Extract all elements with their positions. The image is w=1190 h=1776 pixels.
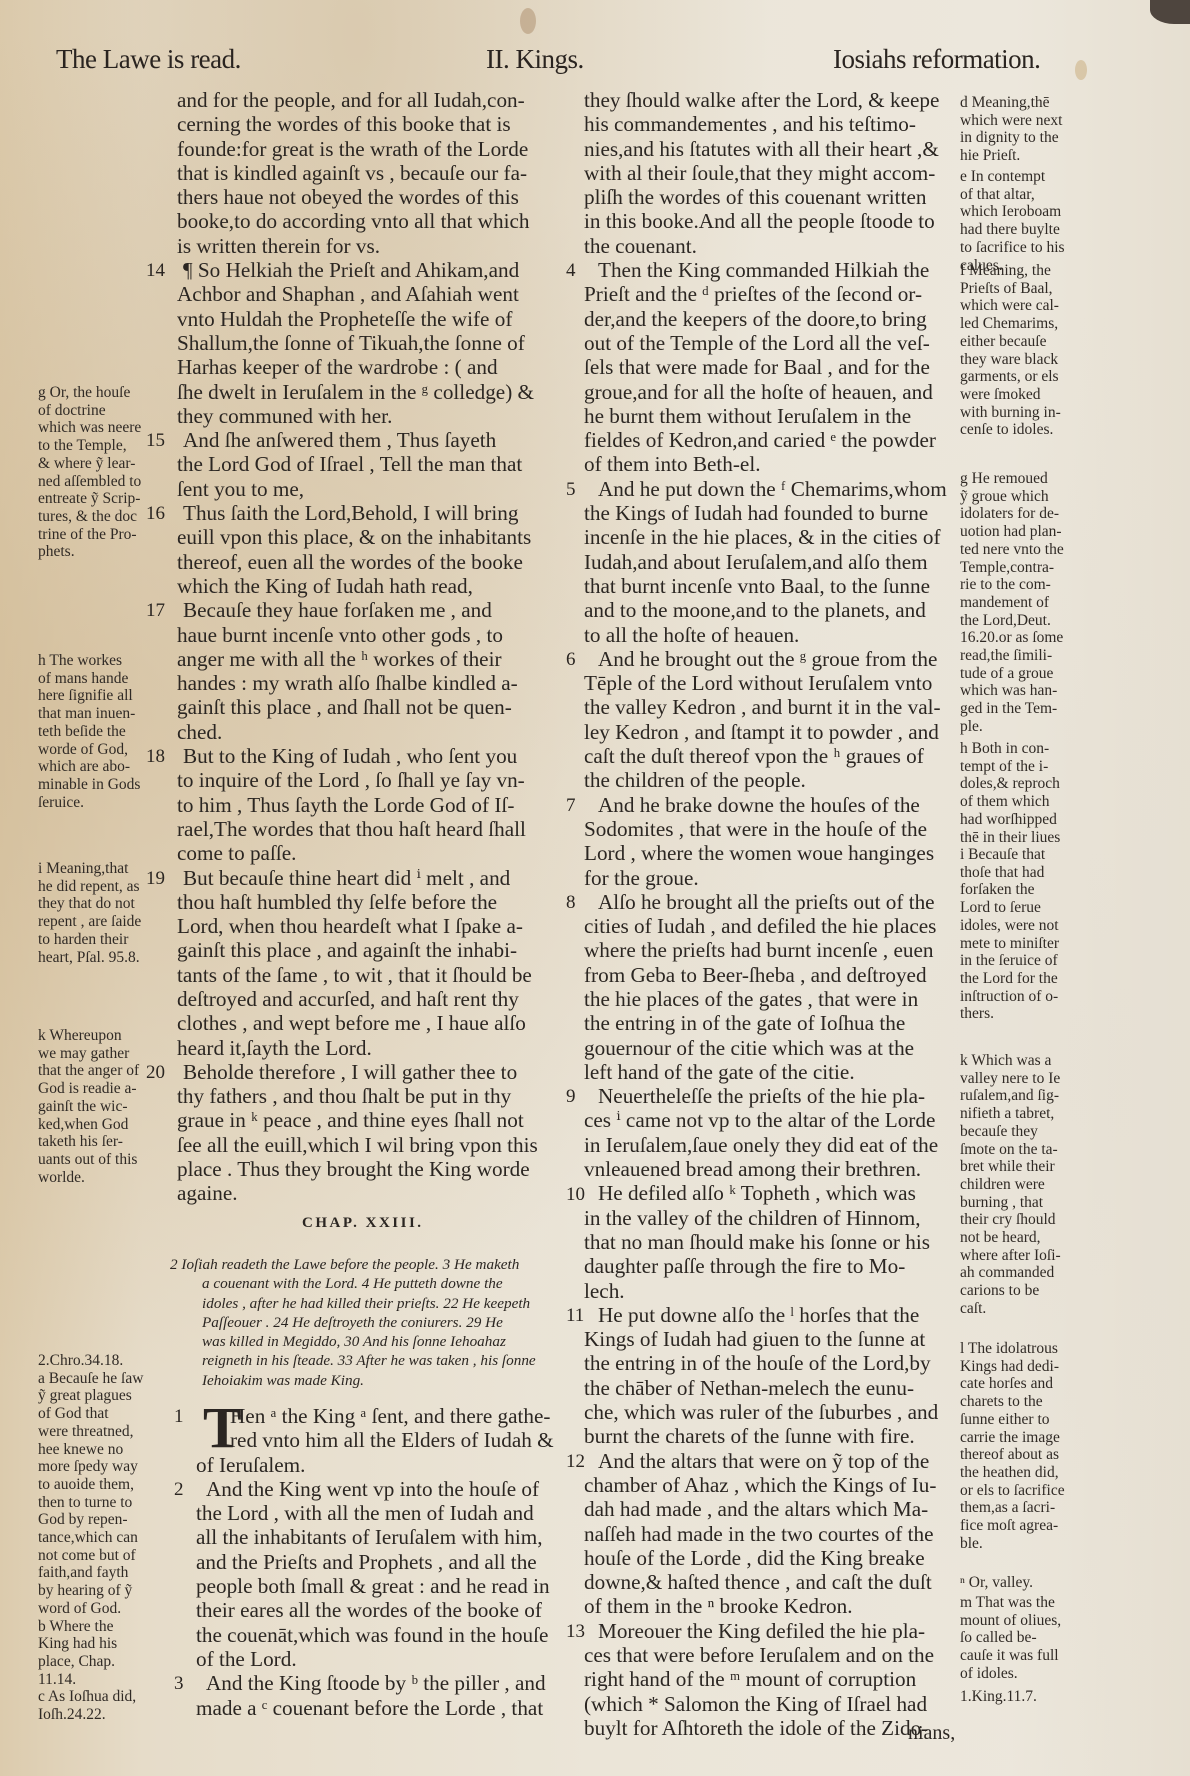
text-line: chamber of Ahaz , which the Kings of Iu- [584,1473,952,1497]
note-line: g Or, the houſe [38,384,141,402]
left-text-column: and for the people, and for all Iudah,co… [177,88,545,1206]
note-line: to ſacrifice to his [960,239,1065,257]
text-line: buylt for Aſhtoreth the idole of the Zid… [584,1716,952,1740]
note-line: or els to ſacrifice [960,1482,1065,1500]
text-line: the entring in of the gate of Ioſhua the [584,1011,952,1035]
text-line: reigneth in his ſteade. 33 After he was … [170,1351,550,1370]
margin-note: i Meaning,thathe did repent, asthey that… [38,860,141,966]
note-line: ble. [960,1535,1065,1553]
text-line: in this booke.And all the people ſtoode … [584,209,952,233]
text-line: 2 Ioſiah readeth the Lawe before the peo… [170,1255,550,1274]
text-line: caſt the duſt thereof vpon the ʰ graues … [584,744,952,768]
note-line: entreate ỹ Scrip- [38,490,141,508]
note-line: of them which [960,793,1060,811]
note-line: uotion had plan- [960,523,1064,541]
note-line: bret while their [960,1158,1061,1176]
verse-number: 15 [146,430,165,452]
margin-note: f Meaning, thePrieſts of Baal,which were… [960,262,1061,439]
note-line: that man inuen- [38,705,140,723]
text-line: ſent you to me, [177,477,545,501]
note-line: were ſmoked [960,386,1061,404]
text-line: anger me with all the ʰ workes of their [177,647,545,671]
text-line: clothes , and wept before me , I haue al… [177,1011,545,1035]
text-line: ¶ So Helkiah the Prieſt and Ahikam,and [177,258,545,282]
text-line: che, which was ruler of the ſuburbes , a… [584,1400,952,1424]
text-line: thers haue not obeyed the wordes of this [177,185,545,209]
text-line: thou haſt humbled thy ſelfe before the [177,890,545,914]
note-line: 11.14. [38,1671,143,1689]
note-line: tance,which can [38,1529,143,1547]
note-line: then to turne to [38,1494,143,1512]
note-line: l The idolatrous [960,1340,1065,1358]
verse-number: 10 [566,1184,585,1206]
note-line: inſtruction of o- [960,988,1059,1006]
note-line: 2.Chro.34.18. [38,1352,143,1370]
note-line: which were cal- [960,297,1061,315]
text-line: that is kindled againſt vs , becauſe our… [177,161,545,185]
text-line: ces that were before Ieruſalem and on th… [584,1643,952,1667]
note-line: d Meaning,thē [960,94,1062,112]
text-line: place . Thus they brought the King worde [177,1157,545,1181]
text-line: And he brought out the ᵍ groue from the [584,647,952,671]
note-line: charets to the [960,1393,1065,1411]
text-line: Then the King commanded Hilkiah the [584,258,952,282]
note-line: to harden their [38,931,141,949]
note-line: ged in the Tem- [960,700,1064,718]
text-line: left hand of the gate of the citie. [584,1060,952,1084]
note-line: hie Prieſt. [960,147,1062,165]
verse-number: 8 [566,892,576,914]
note-line: to the Temple, [38,437,141,455]
note-line: Kings had dedi- [960,1358,1065,1376]
note-line: here ſignifie all [38,687,140,705]
note-line: uants out of this [38,1151,139,1169]
note-line: were threatned, [38,1423,143,1441]
note-line: g He remoued [960,470,1064,488]
text-line: downe,& haſted thence , and caſt the duſ… [584,1570,952,1594]
verse-number: 18 [146,746,165,768]
note-line: a Becauſe he ſaw [38,1370,143,1388]
verse-number: 2 [174,1479,184,1501]
margin-note: e In contemptof that altar,which Ieroboa… [960,168,1065,274]
margin-note: 1.King.11.7. [960,1688,1037,1706]
note-line: b Where the [38,1618,143,1636]
running-head-center: II. Kings. [486,44,584,75]
note-line: ked,when God [38,1116,139,1134]
text-line: But to the King of Iudah , who ſent you [177,744,545,768]
text-line: ley Kedron , and ſtampt it to powder , a… [584,720,952,744]
note-line: k Which was a [960,1052,1061,1070]
note-line: of mans hande [38,670,140,688]
text-line: Kings of Iudah had giuen to the ſunne at [584,1327,952,1351]
paper-stain [1150,0,1190,24]
note-line: Ioſh.24.22. [38,1706,143,1724]
note-line: hee knewe no [38,1441,143,1459]
verse-number: 3 [174,1673,184,1695]
note-line: Prieſts of Baal, [960,280,1061,298]
text-line: the children of the people. [584,768,952,792]
note-line: not come but of [38,1547,143,1565]
note-line: k Whereupon [38,1027,139,1045]
text-line: ſhe dwelt in Ieruſalem in the ᵍ colledge… [177,380,545,404]
note-line: ſunne either to [960,1411,1065,1429]
note-line: fice moſt agrea- [960,1517,1065,1535]
note-line: thē in their liues [960,829,1060,847]
note-line: phets. [38,543,141,561]
text-line: of them into Beth-el. [584,452,952,476]
note-line: ned aſſembled to [38,473,141,491]
margin-note: m That was themount of oliues,ſo called … [960,1594,1061,1683]
note-line: with burning in- [960,404,1061,422]
note-line: thoſe that had [960,864,1059,882]
text-line: Alſo he brought all the prieſts out of t… [584,890,952,914]
text-line: pliſh the wordes of this couenant writte… [584,185,952,209]
note-line: tude of a groue [960,665,1064,683]
note-line: ſo called be- [960,1629,1061,1647]
text-line: der,and the keepers of the doore,to brin… [584,307,952,331]
note-line: King had his [38,1635,143,1653]
margin-note: h Both in con-tempt of the i-doles,& rep… [960,740,1060,846]
text-line: Lord , where the women woue hanginges [584,841,952,865]
text-line: from Geba to Beer-ſheba , and deſtroyed [584,963,952,987]
margin-note: l The idolatrousKings had dedi-cate horſ… [960,1340,1065,1552]
text-line: that no man ſhould make his ſonne or his [584,1230,952,1254]
paper-stain [1075,60,1087,80]
note-line: cate horſes and [960,1375,1065,1393]
text-line: Iudah,and about Ieruſalem,and alſo them [584,550,952,574]
note-line: 16.20.or as ſome [960,629,1064,647]
text-line: made a ᶜ couenant before the Lorde , tha… [196,1696,552,1720]
text-line: And ſhe anſwered them , Thus ſayeth [177,428,545,452]
text-line: graue in ᵏ peace , and thine eyes ſhall … [177,1108,545,1132]
note-line: led Chemarims, [960,315,1061,333]
note-line: the heathen did, [960,1464,1065,1482]
text-line: right hand of the ᵐ mount of corruption [584,1667,952,1691]
note-line: in dignity to the [960,129,1062,147]
text-line: in the valley of the children of Hinnom, [584,1206,952,1230]
note-line: carrie the image [960,1429,1065,1447]
text-line: fieldes of Kedron,and caried ᵉ the powde… [584,428,952,452]
text-line: Neuertheleſſe the prieſts of the hie pla… [584,1084,952,1108]
note-line: read,the ſimili- [960,647,1064,665]
verse-number: 17 [146,600,165,622]
note-line: them,as a ſacri- [960,1499,1065,1517]
text-line: euill vpon this place, & on the inhabita… [177,525,545,549]
text-line: heard it,ſayth the Lord. [177,1036,545,1060]
text-line: gainſt this place , and ſhall not be que… [177,695,545,719]
note-line: c As Ioſhua did, [38,1688,143,1706]
margin-note: d Meaning,thēwhich were nextin dignity t… [960,94,1062,165]
text-line: he burnt them without Ieruſalem in the [584,404,952,428]
text-line: was killed in Megiddo, 30 And his ſonne … [170,1332,550,1351]
note-line: ruſalem,and ſig- [960,1087,1061,1105]
text-line: gouernour of the citie which was at the [584,1036,952,1060]
note-line: the Lord for the [960,970,1059,988]
text-line: with al their ſoule,that they might acco… [584,161,952,185]
text-line: (which * Salomon the King of Iſrael had [584,1692,952,1716]
note-line: ỹ groue which [960,488,1064,506]
text-line: that burnt incenſe vnto Baal, to the ſun… [584,574,952,598]
text-line: for the groue. [584,866,952,890]
text-line: Sodomites , that were in the houſe of th… [584,817,952,841]
text-line: to all the hoſte of heauen. [584,623,952,647]
note-line: which was neere [38,419,141,437]
text-line: thereof, euen all the wordes of the book… [177,550,545,574]
text-line: cerning the wordes of this booke that is [177,112,545,136]
text-line: Iehoiakim was made King. [170,1371,550,1390]
text-line: cities of Iudah , and defiled the hie pl… [584,914,952,938]
note-line: Lord to ſerue [960,899,1059,917]
margin-note: g Or, the houſeof doctrinewhich was neer… [38,384,141,561]
note-line: minable in Gods [38,776,140,794]
running-head-right: Iosiahs reformation. [833,44,1040,75]
text-line: vnleauened bread among their brethren. [584,1157,952,1181]
note-line: either becauſe [960,333,1061,351]
note-line: the Lord,Deut. [960,612,1064,630]
margin-note: g He remouedỹ groue whichidolaters for d… [960,470,1064,736]
verse-number: 14 [146,260,165,282]
note-line: i Becauſe that [960,846,1059,864]
paper-stain [520,8,536,34]
text-line: and to the moone,and to the planets, and [584,598,952,622]
text-line: Prieſt and the ᵈ prieſtes of the ſecond … [584,282,952,306]
note-line: of idoles. [960,1665,1061,1683]
text-line: the Lord , with all the men of Iudah and [196,1501,552,1525]
note-line: becauſe they [960,1123,1061,1141]
text-line: to him , Thus ſayth the Lorde God of Iſ- [177,793,545,817]
note-line: e In contempt [960,168,1065,186]
note-line: worde of God, [38,741,140,759]
text-line: And he put down the ᶠ Chemarims,whom [584,477,952,501]
text-line: where the prieſts had burnt incenſe , eu… [584,938,952,962]
text-line: naſſeh had made in the two courtes of th… [584,1522,952,1546]
note-line: children were [960,1176,1061,1194]
note-line: doles,& reproch [960,775,1060,793]
text-line: gainſt this place , and againſt the inha… [177,938,545,962]
note-line: & where ỹ lear- [38,455,141,473]
text-line: burnt the charets of the ſunne with fire… [584,1424,952,1448]
text-line: But becauſe thine heart did ⁱ melt , and [177,866,545,890]
margin-note: h The workesof mans handehere ſignifie a… [38,652,140,811]
note-line: mandement of [960,594,1064,612]
note-line: idolaters for de- [960,505,1064,523]
note-line: valley nere to Ie [960,1070,1061,1088]
margin-note: k Which was avalley nere to Ieruſalem,an… [960,1052,1061,1318]
note-line: teth beſide the [38,723,140,741]
text-line: their eares all the wordes of the booke … [196,1598,552,1622]
text-line: they ſhould walke after the Lord, & keep… [584,88,952,112]
note-line: caſt. [960,1300,1061,1318]
text-line: tants of the ſame , to wit , that it ſho… [177,963,545,987]
verse-number: 20 [146,1062,165,1084]
text-line: founde:for great is the wrath of the Lor… [177,137,545,161]
note-line: rie to the com- [960,576,1064,594]
text-line: is written therein for vs. [177,234,545,258]
text-line: to inquire of the Lord , ſo ſhall ye ſay… [177,768,545,792]
margin-note: i Becauſe thatthoſe that hadforſaken the… [960,846,1059,1023]
text-line: Thus ſaith the Lord,Behold, I will bring [177,501,545,525]
text-line: houſe of the Lorde , did the King breake [584,1546,952,1570]
text-line: Lord, when thou heardeſt what I ſpake a- [177,914,545,938]
note-line: to auoide them, [38,1476,143,1494]
note-line: in the ſeruice of [960,952,1059,970]
text-line: they communed with her. [177,404,545,428]
note-line: heart, Pſal. 95.8. [38,949,141,967]
text-line: And the King went vp into the houſe of [196,1477,552,1501]
running-head-left: The Lawe is read. [56,44,241,75]
text-line: Harhas keeper of the wardrobe : ( and [177,355,545,379]
text-line: Hen ᵃ the King ᵃ ſent, and there gathe- [196,1404,552,1428]
verse-number: 19 [146,868,165,890]
note-line: more ſpedy way [38,1458,143,1476]
text-line: lech. [584,1279,952,1303]
note-line: ỹ great plagues [38,1387,143,1405]
note-line: f Meaning, the [960,262,1061,280]
text-line: incenſe in the hie places, & in the citi… [584,525,952,549]
text-line: haue burnt incenſe vnto other gods , to [177,623,545,647]
note-line: gainſt the wic- [38,1098,139,1116]
text-line: the couenant. [584,234,952,258]
note-line: thers. [960,1005,1059,1023]
note-line: forſaken the [960,881,1059,899]
verse-number: 11 [566,1305,584,1327]
note-line: not be heard, [960,1229,1061,1247]
note-line: their cry ſhould [960,1211,1061,1229]
text-line: come to paſſe. [177,841,545,865]
note-line: m That was the [960,1594,1061,1612]
verse-number: 1 [174,1406,184,1428]
margin-note: ⁿ Or, valley. [960,1574,1033,1592]
text-line: He defiled alſo ᵏ Topheth , which was [584,1181,952,1205]
text-line: the entring in of the houſe of the Lord,… [584,1351,952,1375]
note-line: where after Ioſi- [960,1247,1061,1265]
note-line: repent , are ſaide [38,913,141,931]
note-line: word of God. [38,1600,143,1618]
text-line: in Ieruſalem,ſaue onely they did eat of … [584,1133,952,1157]
note-line: trine of the Pro- [38,526,141,544]
text-line: people both ſmall & great : and he read … [196,1574,552,1598]
note-line: we may gather [38,1045,139,1063]
note-line: mete to miniſter [960,935,1059,953]
note-line: tempt of the i- [960,758,1060,776]
chapter-text: Hen ᵃ the King ᵃ ſent, and there gathe-r… [196,1404,552,1720]
note-line: that the anger of [38,1062,139,1080]
text-line: Moreouer the King defiled the hie pla- [584,1619,952,1643]
note-line: tures, & the doc [38,508,141,526]
note-line: had there buylte [960,221,1065,239]
text-line: booke,to do according vnto all that whic… [177,209,545,233]
text-line: ſels that were made for Baal , and for t… [584,355,952,379]
text-line: Becauſe they haue forſaken me , and [177,598,545,622]
text-line: the chāber of Nethan-melech the eunu- [584,1376,952,1400]
text-line: of Ieruſalem. [196,1453,552,1477]
text-line: the valley Kedron , and burnt it in the … [584,695,952,719]
text-line: the couenāt,which was found in the houſe [196,1623,552,1647]
text-line: vnto Huldah the Propheteſſe the wife of [177,307,545,331]
note-line: place, Chap. [38,1653,143,1671]
verse-number: 6 [566,649,576,671]
text-line: againe. [177,1181,545,1205]
note-line: ſeruice. [38,794,140,812]
text-line: the hie places of the gates , that were … [584,987,952,1011]
text-line: and for the people, and for all Iudah,co… [177,88,545,112]
verse-number: 5 [566,479,576,501]
text-line: nies,and his ſtatutes with all their hea… [584,137,952,161]
margin-note: 2.Chro.34.18.a Becauſe he ſawỹ great pla… [38,1352,143,1724]
text-line: Achbor and Shaphan , and Aſahiah went [177,282,545,306]
note-line: which Ieroboam [960,203,1065,221]
text-line: ces ⁱ came not vp to the altar of the Lo… [584,1108,952,1132]
note-line: idoles, were not [960,917,1059,935]
note-line: h Both in con- [960,740,1060,758]
text-line: the Kings of Iudah had founded to burne [584,501,952,525]
note-line: they that do not [38,895,141,913]
text-line: And the altars that were on ỹ top of the [584,1449,952,1473]
note-line: he did repent, as [38,878,141,896]
text-line: And the King ſtoode by ᵇ the piller , an… [196,1671,552,1695]
note-line: which was han- [960,682,1064,700]
note-line: cenſe to idoles. [960,421,1061,439]
note-line: of that altar, [960,186,1065,204]
text-line: And he brake downe the houſes of the [584,793,952,817]
text-line: ched. [177,720,545,744]
text-line: handes : my wrath alſo ſhalbe kindled a- [177,671,545,695]
verse-number: 7 [566,795,576,817]
note-line: ple. [960,718,1064,736]
text-line: idoles , after he had killed their prieſ… [170,1294,550,1313]
note-line: burning , that [960,1194,1061,1212]
text-line: Beholde therefore , I will gather thee t… [177,1060,545,1084]
text-line: of them in the ⁿ brooke Kedron. [584,1594,952,1618]
note-line: thereof about as [960,1446,1065,1464]
text-line: of the Lord. [196,1647,552,1671]
note-line: faith,and fayth [38,1564,143,1582]
note-line: worlde. [38,1169,139,1187]
text-line: thy fathers , and thou ſhalt be put in t… [177,1084,545,1108]
note-line: taketh his ſer- [38,1133,139,1151]
verse-number: 4 [566,260,576,282]
note-line: God by repen- [38,1511,143,1529]
note-line: 1.King.11.7. [960,1688,1037,1706]
margin-note: k Whereuponwe may gatherthat the anger o… [38,1027,139,1186]
note-line: i Meaning,that [38,860,141,878]
note-line: had worſhipped [960,811,1060,829]
note-line: nifieth a tabret, [960,1105,1061,1123]
text-line: rael,The wordes that thou haſt heard ſha… [177,817,545,841]
note-line: ſmote on the ta- [960,1141,1061,1159]
text-line: the Lord God of Iſrael , Tell the man th… [177,452,545,476]
text-line: deſtroyed and accurſed, and haſt rent th… [177,987,545,1011]
note-line: Temple,contra- [960,559,1064,577]
note-line: carions to be [960,1282,1061,1300]
text-line: a couenant with the Lord. 4 He putteth d… [170,1274,550,1293]
text-line: which the King of Iudah hath read, [177,574,545,598]
note-line: garments, or els [960,368,1061,386]
text-line: Tēple of the Lord without Ieruſalem vnto [584,671,952,695]
note-line: ⁿ Or, valley. [960,1574,1033,1592]
note-line: by hearing of ỹ [38,1582,143,1600]
note-line: ah commanded [960,1264,1061,1282]
note-line: God is readie a- [38,1080,139,1098]
text-line: dah had made , and the altars which Ma- [584,1497,952,1521]
note-line: of God that [38,1405,143,1423]
chapter-heading: CHAP. XXIII. [302,1215,424,1232]
note-line: which were next [960,112,1062,130]
chapter-argument: 2 Ioſiah readeth the Lawe before the peo… [170,1255,550,1390]
text-line: daughter paſſe through the fire to Mo- [584,1254,952,1278]
text-line: groue,and for all the hoſte of heauen, a… [584,380,952,404]
note-line: mount of oliues, [960,1612,1061,1630]
